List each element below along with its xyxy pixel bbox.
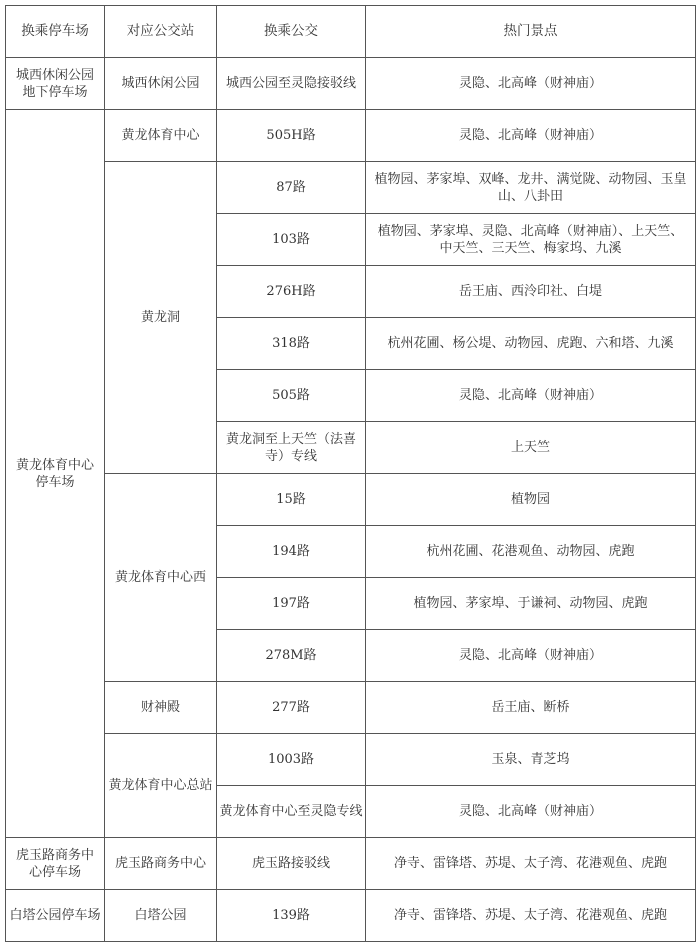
bus-route-cell: 318路 [217, 318, 366, 370]
bus-route-cell: 黄龙体育中心至灵隐专线 [217, 786, 366, 838]
attractions-cell: 岳王庙、断桥 [366, 682, 696, 734]
bus-route-cell: 194路 [217, 526, 366, 578]
bus-route-cell: 15路 [217, 474, 366, 526]
bus-route-cell: 276H路 [217, 266, 366, 318]
bus-route-cell: 87路 [217, 162, 366, 214]
bus-station-cell: 财神殿 [105, 682, 217, 734]
parking-lot-cell: 白塔公园停车场 [6, 890, 105, 942]
bus-station-cell: 白塔公园 [105, 890, 217, 942]
table-row: 财神殿 277路 岳王庙、断桥 [6, 682, 696, 734]
parking-lot-cell: 城西休闲公园地下停车场 [6, 58, 105, 110]
header-attractions: 热门景点 [366, 6, 696, 58]
bus-route-cell: 505H路 [217, 110, 366, 162]
header-bus-route: 换乘公交 [217, 6, 366, 58]
attractions-cell: 植物园、茅家埠、灵隐、北高峰（财神庙）、上天竺、中天竺、三天竺、梅家坞、九溪 [366, 214, 696, 266]
attractions-cell: 杭州花圃、杨公堤、动物园、虎跑、六和塔、九溪 [366, 318, 696, 370]
attractions-cell: 植物园、茅家埠、于谦祠、动物园、虎跑 [366, 578, 696, 630]
table-row: 白塔公园停车场 白塔公园 139路 净寺、雷锋塔、苏堤、太子湾、花港观鱼、虎跑 [6, 890, 696, 942]
attractions-cell: 灵隐、北高峰（财神庙） [366, 786, 696, 838]
bus-route-cell: 103路 [217, 214, 366, 266]
bus-station-cell: 黄龙洞 [105, 162, 217, 474]
bus-station-cell: 黄龙体育中心 [105, 110, 217, 162]
table-row: 虎玉路商务中心停车场 虎玉路商务中心 虎玉路接驳线 净寺、雷锋塔、苏堤、太子湾、… [6, 838, 696, 890]
bus-route-cell: 197路 [217, 578, 366, 630]
attractions-cell: 灵隐、北高峰（财神庙） [366, 58, 696, 110]
header-parking-lot: 换乘停车场 [6, 6, 105, 58]
attractions-cell: 灵隐、北高峰（财神庙） [366, 370, 696, 422]
bus-station-cell: 城西休闲公园 [105, 58, 217, 110]
header-bus-station: 对应公交站 [105, 6, 217, 58]
attractions-cell: 灵隐、北高峰（财神庙） [366, 110, 696, 162]
bus-route-cell: 虎玉路接驳线 [217, 838, 366, 890]
bus-route-cell: 139路 [217, 890, 366, 942]
park-and-ride-table: 换乘停车场 对应公交站 换乘公交 热门景点 城西休闲公园地下停车场 城西休闲公园… [5, 5, 696, 942]
table-row: 黄龙洞 87路 植物园、茅家埠、双峰、龙井、满觉陇、动物园、玉皇山、八卦田 [6, 162, 696, 214]
attractions-cell: 杭州花圃、花港观鱼、动物园、虎跑 [366, 526, 696, 578]
table-row: 黄龙体育中心总站 1003路 玉泉、青芝坞 [6, 734, 696, 786]
attractions-cell: 玉泉、青芝坞 [366, 734, 696, 786]
bus-route-cell: 城西公园至灵隐接驳线 [217, 58, 366, 110]
bus-route-cell: 1003路 [217, 734, 366, 786]
bus-station-cell: 黄龙体育中心总站 [105, 734, 217, 838]
attractions-cell: 净寺、雷锋塔、苏堤、太子湾、花港观鱼、虎跑 [366, 838, 696, 890]
bus-station-cell: 黄龙体育中心西 [105, 474, 217, 682]
parking-lot-cell: 黄龙体育中心停车场 [6, 110, 105, 838]
attractions-cell: 灵隐、北高峰（财神庙） [366, 630, 696, 682]
header-row: 换乘停车场 对应公交站 换乘公交 热门景点 [6, 6, 696, 58]
bus-route-cell: 黄龙洞至上天竺（法喜寺）专线 [217, 422, 366, 474]
bus-route-cell: 505路 [217, 370, 366, 422]
attractions-cell: 植物园、茅家埠、双峰、龙井、满觉陇、动物园、玉皇山、八卦田 [366, 162, 696, 214]
table-row: 黄龙体育中心停车场 黄龙体育中心 505H路 灵隐、北高峰（财神庙） [6, 110, 696, 162]
table-row: 城西休闲公园地下停车场 城西休闲公园 城西公园至灵隐接驳线 灵隐、北高峰（财神庙… [6, 58, 696, 110]
attractions-cell: 植物园 [366, 474, 696, 526]
attractions-cell: 上天竺 [366, 422, 696, 474]
parking-lot-cell: 虎玉路商务中心停车场 [6, 838, 105, 890]
bus-station-cell: 虎玉路商务中心 [105, 838, 217, 890]
bus-route-cell: 277路 [217, 682, 366, 734]
attractions-cell: 净寺、雷锋塔、苏堤、太子湾、花港观鱼、虎跑 [366, 890, 696, 942]
bus-route-cell: 278M路 [217, 630, 366, 682]
table-row: 黄龙体育中心西 15路 植物园 [6, 474, 696, 526]
attractions-cell: 岳王庙、西泠印社、白堤 [366, 266, 696, 318]
